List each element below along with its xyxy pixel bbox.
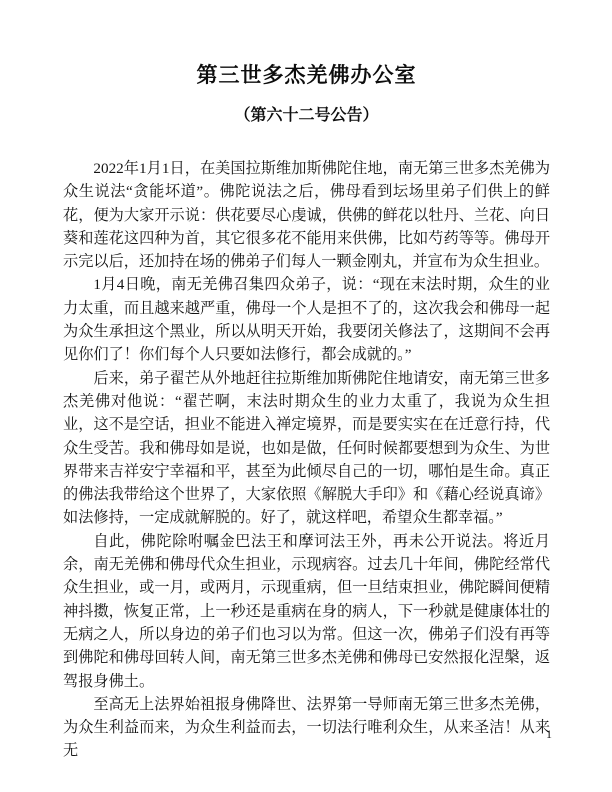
paragraph-1: 2022年1月1日，在美国拉斯维加斯佛陀住地，南无第三世多杰羌佛为众生说法“贪能…	[63, 157, 550, 273]
document-body: 2022年1月1日，在美国拉斯维加斯佛陀住地，南无第三世多杰羌佛为众生说法“贪能…	[63, 157, 550, 763]
document-title: 第三世多杰羌佛办公室	[63, 63, 550, 87]
document-page: 第三世多杰羌佛办公室 （第六十二号公告） 2022年1月1日，在美国拉斯维加斯佛…	[0, 0, 612, 792]
paragraph-2: 1月4日晚，南无羌佛召集四众弟子，说：“现在末法时期，众生的业力太重，而且越来越…	[63, 273, 550, 366]
page-number: 1	[546, 727, 552, 741]
document-subtitle: （第六十二号公告）	[63, 106, 550, 126]
paragraph-4: 自此，佛陀除咐嘱金巴法王和摩诃法王外，再未公开说法。将近月余，南无羌佛和佛母代众…	[63, 530, 550, 693]
paragraph-5: 至高无上法界始祖报身佛降世、法界第一导师南无第三世多杰羌佛，为众生利益而来，为众…	[63, 693, 550, 763]
paragraph-3: 后来，弟子翟芒从外地赶往拉斯维加斯佛陀住地请安，南无第三世多杰羌佛对他说：“翟芒…	[63, 367, 550, 530]
